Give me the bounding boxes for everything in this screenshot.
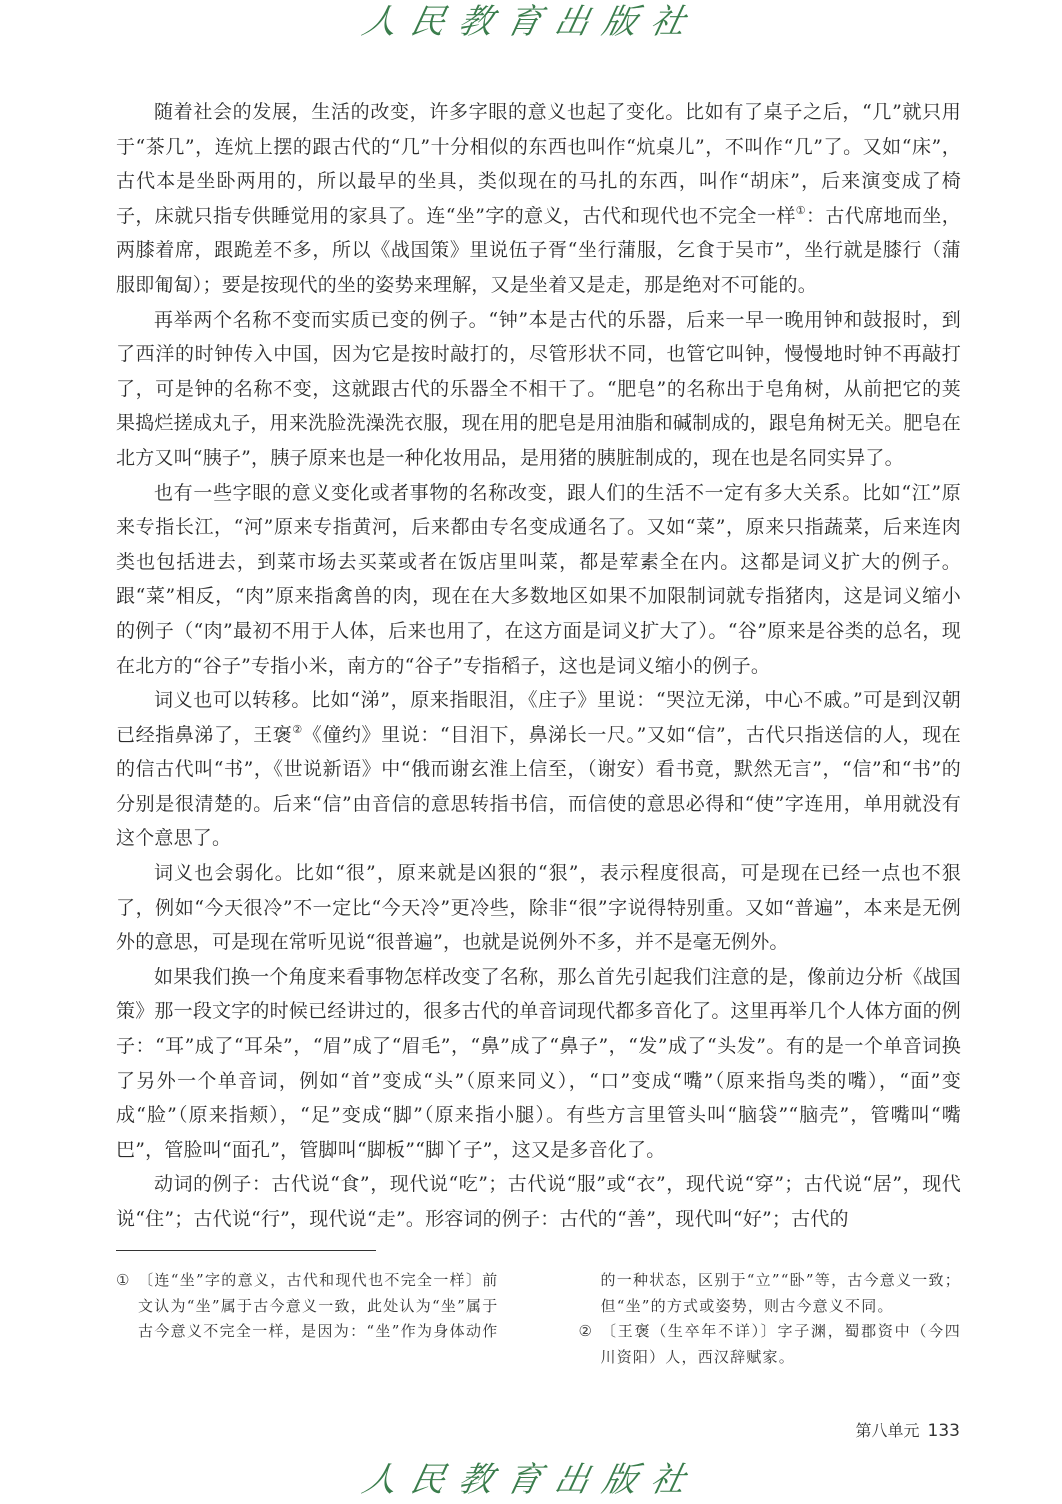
publisher-watermark-bottom: 人民教育出版社 <box>0 1460 1062 1500</box>
footnote-text: 〔王褒（生卒年不详）〕字子渊，蜀郡资中（今四川资阳）人，西汉辞赋家。 <box>601 1322 962 1366</box>
page-number: 133 <box>928 1421 960 1441</box>
footnote-ref-1[interactable]: ① <box>796 204 806 217</box>
paragraph-7: 动词的例子：古代说“食”，现代说“吃”；古代说“服”或“衣”，现代说“穿”；古代… <box>116 1167 961 1236</box>
paragraph-6: 如果我们换一个角度来看事物怎样改变了名称，那么首先引起我们注意的是，像前边分析《… <box>116 960 961 1168</box>
footnote-ref-2[interactable]: ② <box>292 723 302 736</box>
footnote-2: ②〔王褒（生卒年不详）〕字子渊，蜀郡资中（今四川资阳）人，西汉辞赋家。 <box>579 1319 962 1370</box>
page-footer: 第八单元133 <box>856 1418 960 1441</box>
footnotes: ①〔连“坐”字的意义，古代和现代也不完全一样〕前文认为“坐”属于古今意义一致，此… <box>116 1268 961 1370</box>
paragraph-2: 再举两个名称不变而实质已变的例子。“钟”本是古代的乐器，后来一早一晚用钟和鼓报时… <box>116 303 961 476</box>
publisher-watermark-top: 人民教育出版社 <box>0 2 1062 42</box>
main-text: 随着社会的发展，生活的改变，许多字眼的意义也起了变化。比如有了桌子之后，“几”就… <box>116 95 961 1237</box>
paragraph-5: 词义也会弱化。比如“很”，原来就是凶狠的“狠”，表示程度很高，可是现在已经一点也… <box>116 856 961 960</box>
footnote-divider <box>116 1250 376 1251</box>
footnote-number: ② <box>579 1319 601 1345</box>
unit-label: 第八单元 <box>856 1421 920 1440</box>
paragraph-1: 随着社会的发展，生活的改变，许多字眼的意义也起了变化。比如有了桌子之后，“几”就… <box>116 95 961 303</box>
footnote-number: ① <box>116 1268 138 1294</box>
paragraph-3: 也有一些字眼的意义变化或者事物的名称改变，跟人们的生活不一定有多大关系。比如“江… <box>116 476 961 684</box>
paragraph-4: 词义也可以转移。比如“涕”，原来指眼泪，《庄子》里说：“哭泣无涕，中心不戚。”可… <box>116 683 961 856</box>
